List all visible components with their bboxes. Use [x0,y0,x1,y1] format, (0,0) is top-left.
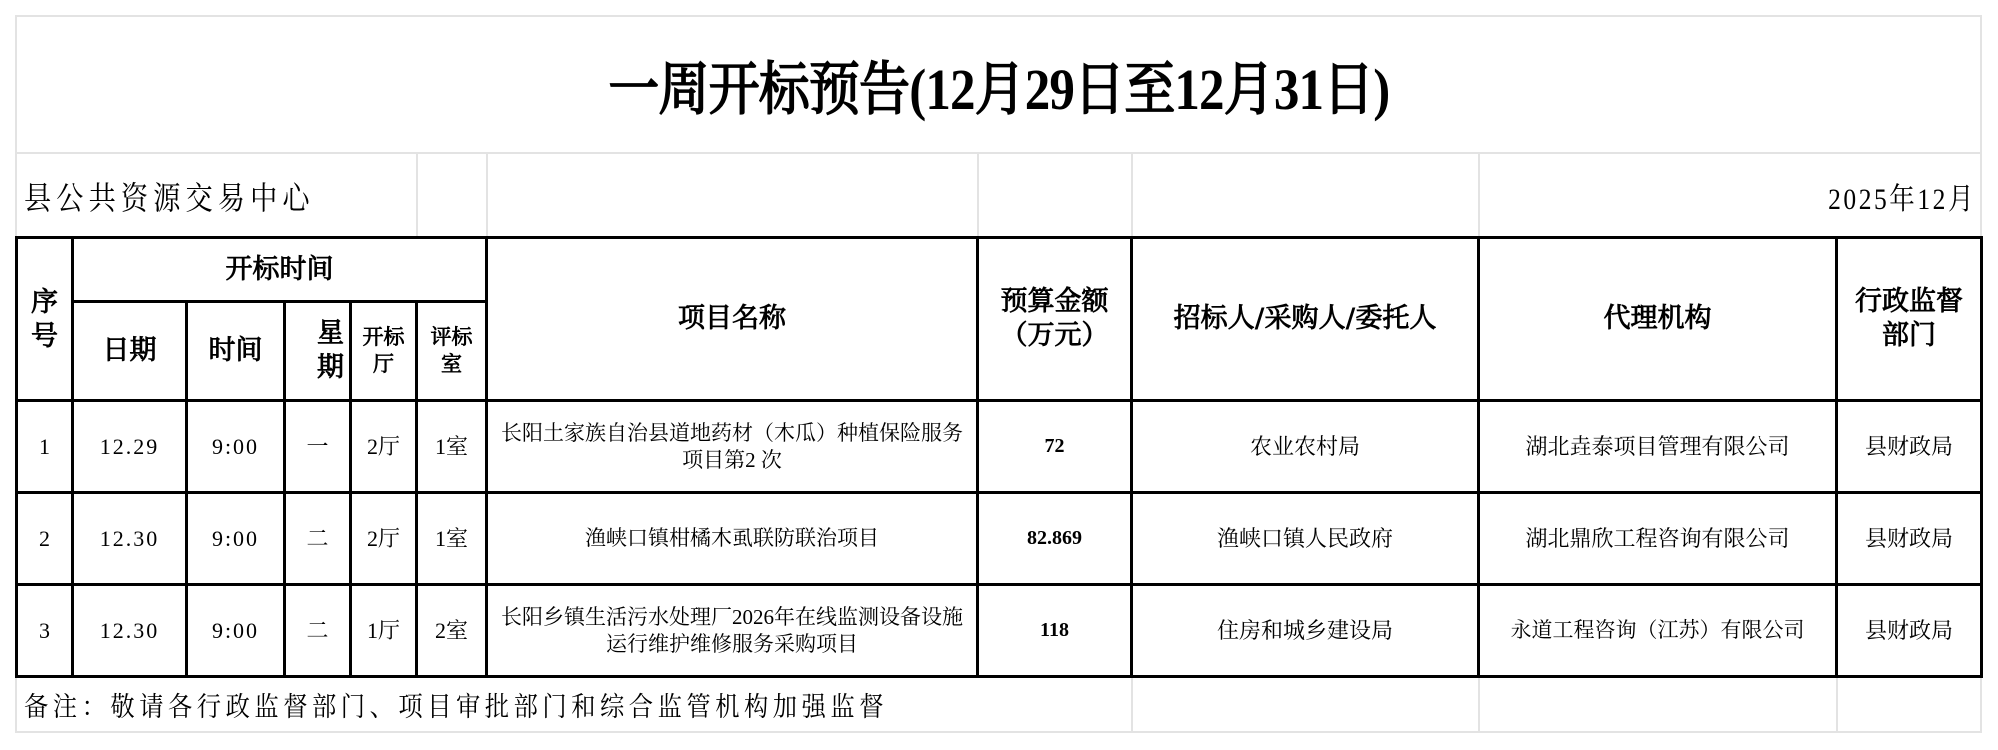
table-border [1980,236,1983,678]
cell-seq: 3 [18,586,71,675]
cell-project-name: 渔峡口镇柑橘木虱联防联治项目 [488,494,976,583]
header-supervisor: 行政监督部门 [1838,239,1980,399]
cell-tenderer: 住房和城乡建设局 [1133,586,1477,675]
cell-date: 12.29 [74,402,185,491]
report-date: 2025年12月 [1828,154,1976,237]
footer-note: 备注：敬请各行政监督部门、项目审批部门和综合监管机构加强监督 [24,676,888,733]
cell-project-name: 长阳乡镇生活污水处理厂2026年在线监测设备设施运行维护维修服务采购项目 [488,586,976,675]
cell-seq: 2 [18,494,71,583]
cell-supervisor: 县财政局 [1838,402,1980,491]
gridline [1478,154,1480,237]
cell-agency: 湖北垚泰项目管理有限公司 [1480,402,1835,491]
header-bid-hall: 开标厅 [352,303,415,399]
cell-tenderer: 渔峡口镇人民政府 [1133,494,1477,583]
cell-project-name: 长阳土家族自治县道地药材（木瓜）种植保险服务项目第2 次 [488,402,976,491]
cell-bid-hall: 2厅 [352,402,415,491]
cell-eval-room: 2室 [418,586,485,675]
gridline [1836,676,1838,733]
cell-time: 9:00 [188,586,283,675]
cell-weekday: 一 [286,402,349,491]
gridline [977,154,979,237]
cell-agency: 永道工程咨询（江苏）有限公司 [1480,586,1835,675]
table-border [15,675,1983,678]
gridline [1131,154,1133,237]
cell-weekday: 二 [286,494,349,583]
cell-bid-hall: 2厅 [352,494,415,583]
cell-agency: 湖北鼎欣工程咨询有限公司 [1480,494,1835,583]
organization-name: 县公共资源交易中心 [24,154,315,237]
cell-seq: 1 [18,402,71,491]
gridline [1478,676,1480,733]
cell-budget: 118 [979,586,1130,675]
cell-supervisor: 县财政局 [1838,494,1980,583]
cell-budget: 72 [979,402,1130,491]
header-budget: 预算金额（万元） [979,239,1130,399]
gridline [486,154,488,237]
gridline [416,154,418,237]
cell-bid-hall: 1厅 [352,586,415,675]
header-seq: 序号 [18,239,71,400]
header-bid-time: 开标时间 [74,239,485,300]
header-agency: 代理机构 [1480,239,1835,399]
gridline [1131,676,1133,733]
cell-time: 9:00 [188,402,283,491]
cell-weekday: 二 [286,586,349,675]
cell-time: 9:00 [188,494,283,583]
cell-budget: 82.869 [979,494,1130,583]
cell-date: 12.30 [74,586,185,675]
header-project-name: 项目名称 [488,239,976,399]
header-date: 日期 [74,303,185,399]
cell-supervisor: 县财政局 [1838,586,1980,675]
cell-eval-room: 1室 [418,402,485,491]
header-eval-room: 评标室 [418,303,485,399]
page-title: 一周开标预告(12月29日至12月31日) [608,42,1389,126]
cell-eval-room: 1室 [418,494,485,583]
cell-tenderer: 农业农村局 [1133,402,1477,491]
title-row: 一周开标预告(12月29日至12月31日) [15,15,1982,154]
cell-date: 12.30 [74,494,185,583]
header-tenderer: 招标人/采购人/委托人 [1133,239,1477,399]
